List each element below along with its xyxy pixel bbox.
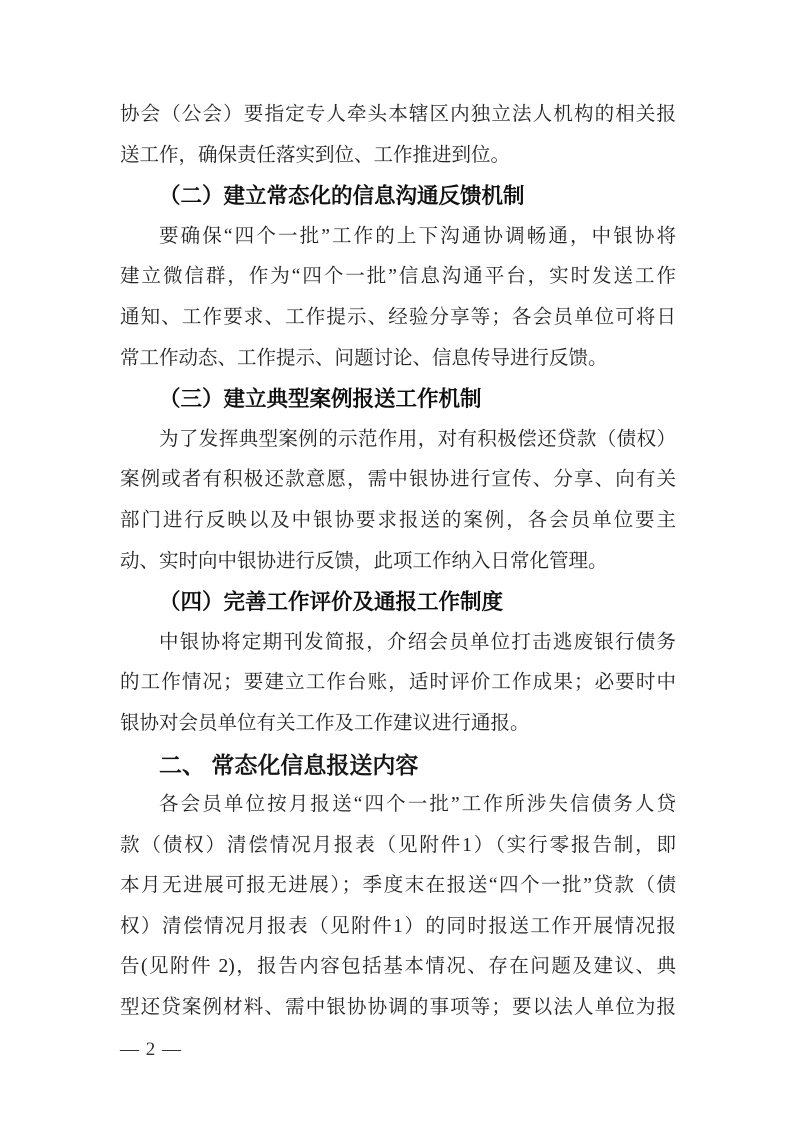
document-text-block: 协会（公会）要指定专人牵头本辖区内独立法人机构的相关报 送工作，确保责任落实到位…	[120, 95, 676, 1029]
para-line: 建立微信群，作为“四个一批”信息沟通平台，实时发送工作	[120, 257, 676, 298]
para-line: 常工作动态、工作提示、问题讨论、信息传导进行反馈。	[120, 339, 676, 380]
document-page: 协会（公会）要指定专人牵头本辖区内独立法人机构的相关报 送工作，确保责任落实到位…	[0, 0, 793, 1122]
heading-section-2: 二、 常态化信息报送内容	[120, 745, 676, 786]
page-number: — 2 —	[120, 1038, 182, 1062]
para-line: 中银协将定期刊发简报，介绍会员单位打击逃废银行债务	[120, 623, 676, 664]
para-line: 款（债权）清偿情况月报表（见附件1）（实行零报告制，即	[120, 826, 676, 867]
para-line: 协会（公会）要指定专人牵头本辖区内独立法人机构的相关报	[120, 95, 676, 136]
para-line: 各会员单位按月报送“四个一批”工作所涉失信债务人贷	[120, 785, 676, 826]
para-line: 权）清偿情况月报表（见附件1）的同时报送工作开展情况报	[120, 907, 676, 948]
heading-iv: （四）完善工作评价及通报工作制度	[120, 582, 676, 623]
para-line: 动、实时向中银协进行反馈，此项工作纳入日常化管理。	[120, 542, 676, 583]
para-line: 通知、工作要求、工作提示、经验分享等；各会员单位可将日	[120, 298, 676, 339]
para-line: 型还贷案例材料、需中银协协调的事项等；要以法人单位为报	[120, 988, 676, 1029]
para-line: 银协对会员单位有关工作及工作建议进行通报。	[120, 704, 676, 745]
heading-iii: （三）建立典型案例报送工作机制	[120, 379, 676, 420]
para-line: 部门进行反映以及中银协要求报送的案例，各会员单位要主	[120, 501, 676, 542]
para-line: 要确保“四个一批”工作的上下沟通协调畅通，中银协将	[120, 217, 676, 258]
para-line: 为了发挥典型案例的示范作用，对有积极偿还贷款（债权）	[120, 420, 676, 461]
para-line: 本月无进展可报无进展）；季度末在报送“四个一批”贷款（债	[120, 866, 676, 907]
para-line: 送工作，确保责任落实到位、工作推进到位。	[120, 136, 676, 177]
para-line: 的工作情况；要建立工作台账，适时评价工作成果；必要时中	[120, 663, 676, 704]
para-line: 案例或者有积极还款意愿，需中银协进行宣传、分享、向有关	[120, 460, 676, 501]
para-line: 告(见附件 2)，报告内容包括基本情况、存在问题及建议、典	[120, 947, 676, 988]
heading-ii: （二）建立常态化的信息沟通反馈机制	[120, 176, 676, 217]
